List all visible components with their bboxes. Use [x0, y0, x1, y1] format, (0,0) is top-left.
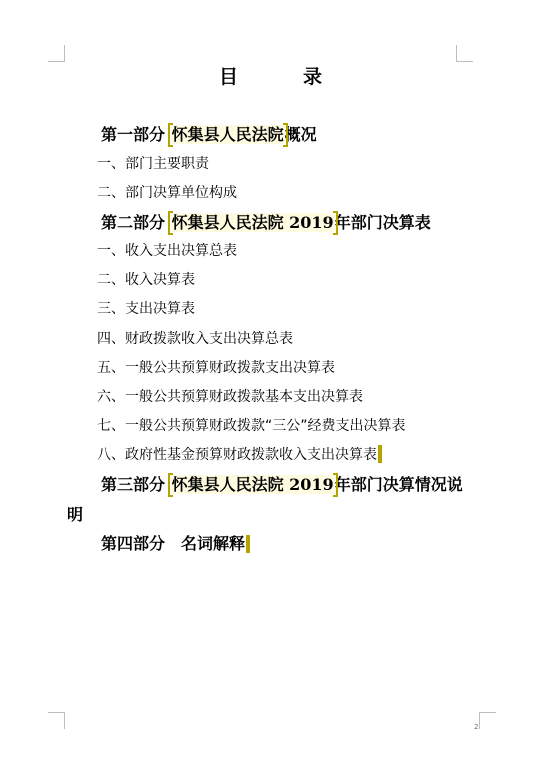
crop-mark-top-left: [48, 45, 65, 62]
part-2-suffix: 年部门决算表: [335, 213, 431, 232]
toc-title-char-2: 录: [303, 62, 322, 89]
part-1-prefix: 第一部分: [101, 125, 171, 144]
toc-item[interactable]: 六、一般公共预算财政拨款基本支出决算表: [97, 386, 363, 406]
part-3-wrap: 明: [67, 502, 83, 525]
part-3-prefix: 第三部分: [101, 475, 171, 494]
part-1-highlight-field[interactable]: 怀集县人民法院: [171, 125, 285, 144]
toc-item[interactable]: 二、收入决算表: [97, 269, 195, 289]
part-3-suffix: 年部门决算情况说: [335, 475, 463, 494]
field-end-marker: [246, 535, 250, 553]
part-2-prefix: 第二部分: [101, 213, 171, 232]
part-3-highlight-field[interactable]: 怀集县人民法院 2019: [171, 475, 335, 494]
document-page: 目 录 第一部分 怀集县人民法院概况 一、部门主要职责 二、部门决算单位构成 第…: [0, 0, 549, 777]
toc-part-2[interactable]: 第二部分 怀集县人民法院 2019年部门决算表: [101, 210, 431, 233]
toc-item-with-marker[interactable]: 八、政府性基金预算财政拨款收入支出决算表: [97, 444, 382, 464]
crop-mark-top-right: [456, 45, 473, 62]
toc-part-1[interactable]: 第一部分 怀集县人民法院概况: [101, 122, 317, 145]
toc-item[interactable]: 五、一般公共预算财政拨款支出决算表: [97, 357, 335, 377]
toc-item[interactable]: 七、一般公共预算财政拨款“三公”经费支出决算表: [97, 415, 406, 435]
crop-mark-bottom-left: [48, 712, 65, 729]
page-number: 2: [474, 723, 478, 731]
toc-item-text: 八、政府性基金预算财政拨款收入支出决算表: [97, 447, 377, 463]
toc-part-4[interactable]: 第四部分 名词解释: [101, 531, 250, 554]
part-2-highlight-field[interactable]: 怀集县人民法院 2019: [171, 213, 335, 232]
toc-title-char-1: 目: [219, 62, 238, 89]
toc-item[interactable]: 一、部门主要职责: [97, 153, 209, 173]
toc-item[interactable]: 四、财政拨款收入支出决算总表: [97, 328, 293, 348]
toc-item[interactable]: 一、收入支出决算总表: [97, 240, 237, 260]
part-1-suffix: 概况: [285, 125, 317, 144]
part-4-label: 第四部分 名词解释: [101, 534, 245, 553]
toc-item[interactable]: 三、支出决算表: [97, 298, 195, 318]
toc-part-3[interactable]: 第三部分 怀集县人民法院 2019年部门决算情况说: [101, 472, 463, 495]
field-end-marker: [378, 445, 382, 463]
toc-item[interactable]: 二、部门决算单位构成: [97, 182, 237, 202]
crop-mark-bottom-right: [479, 712, 496, 729]
